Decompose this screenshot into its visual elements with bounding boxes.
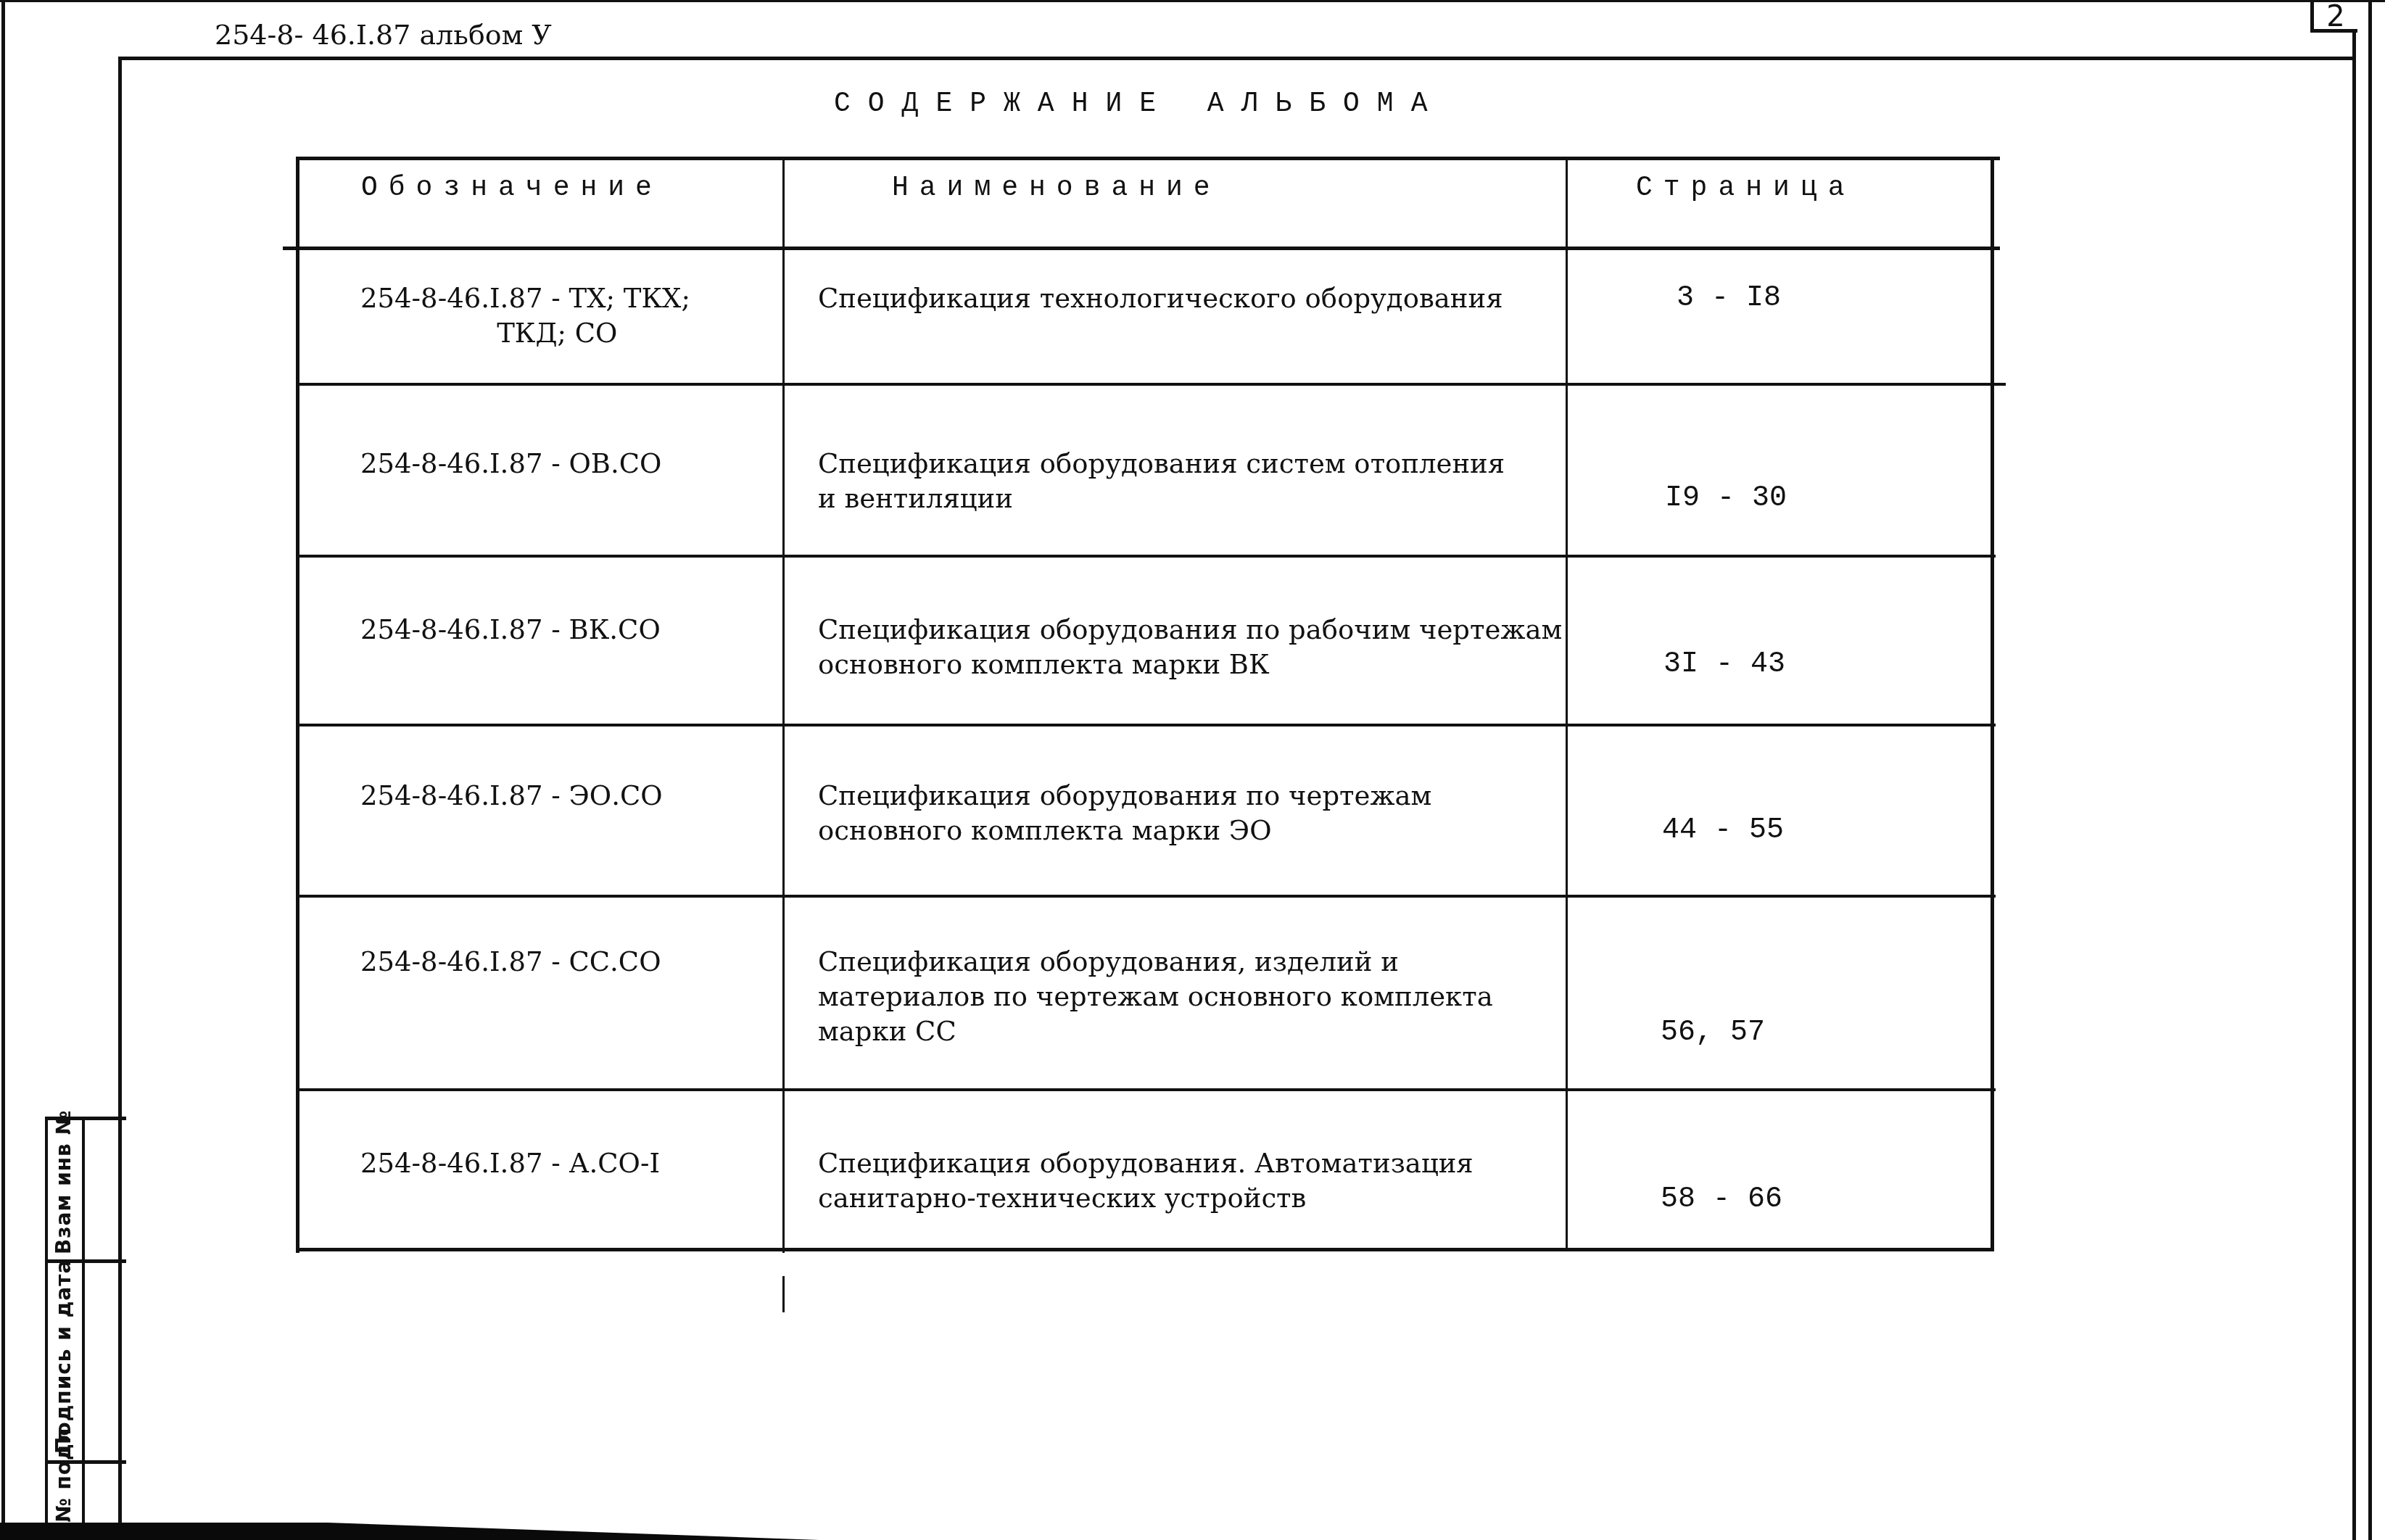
page-number-box: 2 (2310, 0, 2357, 33)
row-6-pages: 58 - 66 (1661, 1183, 1782, 1217)
row-divider (297, 1088, 1996, 1091)
sheet-code: 254-8- 46.I.87 альбом У (215, 19, 552, 51)
row-divider (297, 724, 1996, 726)
table-bottom-border (296, 1248, 1994, 1251)
top-edge-line (0, 0, 2385, 2)
row-4-pages: 44 - 55 (1662, 814, 1784, 848)
row-4-designation: 254-8-46.I.87 - ЭО.СО (360, 779, 663, 814)
header-bottom-border (283, 247, 2000, 250)
row-1-name: Спецификация технологического оборудован… (818, 281, 1502, 316)
inner-frame-right-border (2352, 29, 2356, 1540)
table-right-border (1991, 157, 1994, 1251)
inner-frame-top-border (118, 57, 2355, 60)
row-6-designation: 254-8-46.I.87 - А.СО-I (360, 1146, 660, 1181)
outer-right-border (2368, 0, 2372, 1540)
row-3-name: Спецификация оборудования по рабочим чер… (818, 613, 1562, 682)
page-number: 2 (2314, 0, 2357, 33)
column-divider (1566, 157, 1568, 1251)
stamp-label-signature-date: Подпись и дата (51, 1259, 75, 1454)
row-divider (297, 383, 2006, 386)
scan-edge-shadow (0, 1523, 819, 1540)
column-divider-tail (782, 1276, 785, 1312)
row-1-designation: 254-8-46.I.87 - ТХ; ТКХ; ТКД; СО (360, 281, 690, 351)
row-5-pages: 56, 57 (1661, 1016, 1765, 1051)
row-4-name: Спецификация оборудования по чертежам ос… (818, 779, 1431, 848)
row-5-designation: 254-8-46.I.87 - СС.СО (360, 945, 661, 980)
stamp-label-original-number: № подл (51, 1428, 75, 1523)
row-5-name: Спецификация оборудования, изделий и мат… (818, 945, 1493, 1049)
row-1-pages: 3 - I8 (1677, 281, 1781, 316)
row-2-pages: I9 - 30 (1665, 481, 1787, 516)
row-3-designation: 254-8-46.I.87 - ВК.СО (360, 613, 661, 647)
row-3-pages: 3I - 43 (1663, 647, 1785, 682)
page-title: СОДЕРЖАНИЕ АЛЬБОМА (834, 88, 1444, 120)
outer-left-border (1, 0, 5, 1540)
column-header-name: Наименование (892, 173, 1221, 204)
row-6-name: Спецификация оборудования. Автоматизация… (818, 1146, 1473, 1216)
stamp-strip: Взам инв № Подпись и дата № подл (47, 1117, 125, 1523)
column-divider (782, 157, 785, 1253)
row-2-designation: 254-8-46.I.87 - ОВ.СО (360, 447, 661, 481)
row-divider (297, 895, 1996, 898)
column-header-designation: Обозначение (361, 173, 663, 204)
column-header-page: Страница (1636, 173, 1855, 204)
row-2-name: Спецификация оборудования систем отоплен… (818, 447, 1505, 516)
table-left-border (296, 157, 299, 1253)
table-top-border (296, 157, 2000, 160)
stamp-label-replacement-inventory: Взам инв № (51, 1110, 75, 1254)
row-divider (297, 555, 1996, 558)
